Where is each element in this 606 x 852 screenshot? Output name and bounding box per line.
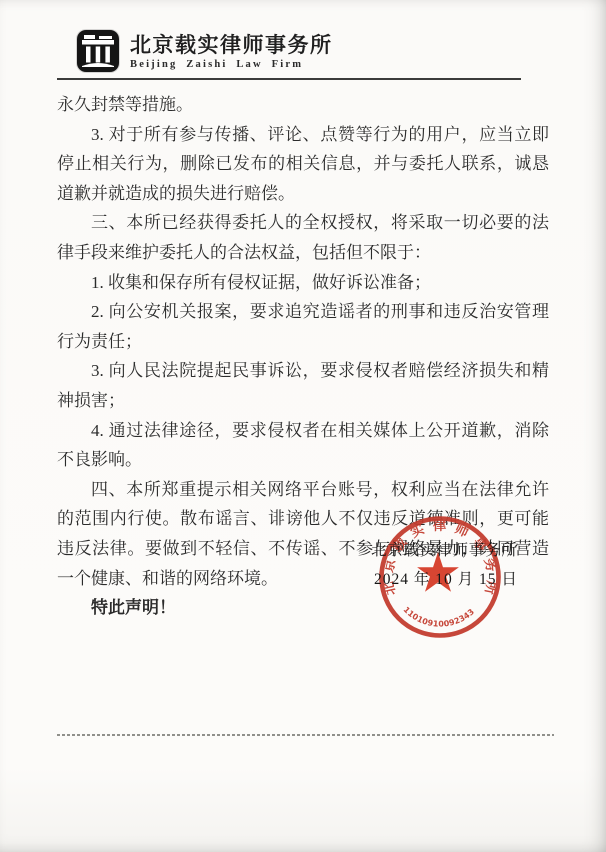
signature-date: 2024 年 10 月 15 日 — [374, 567, 518, 589]
signature-firm-name: 北京载实律师事务所 — [371, 538, 518, 560]
paragraph: 三、本所已经获得委托人的全权授权，将采取一切必要的法律手段来维护委托人的合法权益… — [57, 208, 549, 267]
firm-name-cn: 北京载实律师事务所 — [130, 35, 333, 57]
letterhead-titles: 北京载实律师事务所 Beijing Zaishi Law Firm — [130, 30, 333, 70]
svg-text:11010910092343: 11010910092343 — [401, 605, 476, 629]
document-page: 北京载实律师事务所 Beijing Zaishi Law Firm 永久封禁等措… — [0, 0, 606, 852]
letterhead: 北京载实律师事务所 Beijing Zaishi Law Firm — [77, 30, 333, 72]
paragraph: 2. 向公安机关报案，要求追究造谣者的刑事和违反治安管理行为责任； — [57, 297, 549, 356]
seal-number: 11010910092343 — [401, 605, 476, 629]
firm-name-en: Beijing Zaishi Law Firm — [130, 59, 333, 70]
firm-logo-icon — [77, 30, 119, 72]
paragraph: 3. 向人民法院提起民事诉讼，要求侵权者赔偿经济损失和精神损害； — [57, 356, 549, 415]
paragraph: 1. 收集和保存所有侵权证据，做好诉讼准备； — [57, 268, 549, 298]
paragraph: 3. 对于所有参与传播、评论、点赞等行为的用户，应当立即停止相关行为，删除已发布… — [57, 120, 549, 209]
footer-divider — [57, 734, 554, 736]
paragraph: 4. 通过法律途径，要求侵权者在相关媒体上公开道歉，消除不良影响。 — [57, 416, 549, 475]
header-divider — [57, 78, 521, 80]
paragraph: 永久封禁等措施。 — [57, 90, 549, 120]
